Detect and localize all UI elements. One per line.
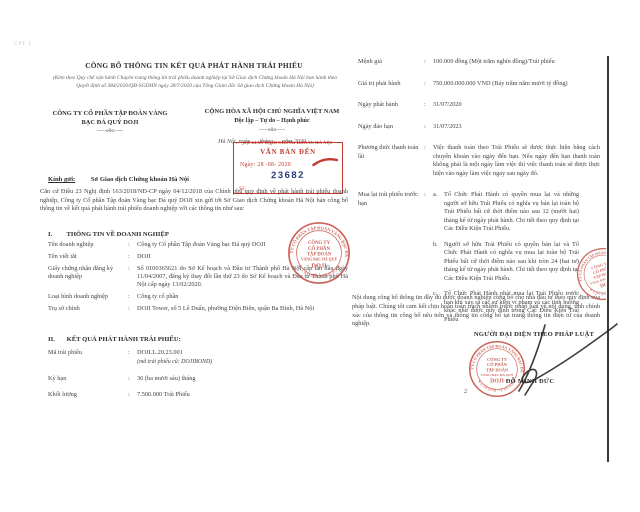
scan-corner-artifact: CPT 1 [14, 42, 32, 47]
issuer-name-line1: CÔNG TY CỔ PHẦN TẬP ĐOÀN VÀNG [32, 109, 188, 118]
colon-separator [128, 265, 137, 290]
row-label: Kỳ hạn [48, 375, 128, 383]
page-edge-scan-line [607, 56, 609, 462]
section-2-title: KẾT QUẢ PHÁT HÀNH TRÁI PHIẾU: [67, 336, 181, 343]
list-item: a. Tổ Chức Phát Hành có quyền mua lại và… [433, 191, 579, 234]
colon-separator [128, 375, 137, 383]
issuer-name-line2: BẠC ĐÁ QUÝ DOJI [32, 118, 188, 127]
row-label: Ngày đáo hạn [358, 123, 424, 132]
colon-separator [128, 305, 137, 313]
signatory-name: ĐỖ MINH ĐỨC [494, 378, 566, 385]
seal-line: CÔNG TY [308, 240, 331, 246]
colon-separator [128, 293, 137, 301]
list-item: b. Người sở hữu Trái Phiếu có quyền bán … [433, 241, 579, 284]
partial-seal-stamp: CÔNG TY CỔ PHẦN TẬP ĐOÀN VÀNG BẠC ĐÁ QUÝ… [576, 245, 606, 303]
row-label: Giấy chứng nhận đăng ký doanh nghiệp [48, 265, 128, 290]
colon-separator [424, 101, 433, 110]
national-motto: Độc lập – Tự do – Hạnh phúc [192, 117, 352, 126]
national-title: CỘNG HÒA XÃ HỘI CHỦ NGHĨA VIỆT NAM [192, 107, 352, 117]
stamp-title: VĂN BẢN ĐẾN [234, 149, 342, 156]
list-text: Tổ Chức Phát Hành có quyền mua lại và nh… [444, 191, 579, 234]
handwritten-signature [488, 322, 620, 400]
colon-separator [128, 391, 137, 399]
row-label: Loại hình doanh nghiệp [48, 293, 128, 301]
national-motto-block: CỘNG HÒA XÃ HỘI CHỦ NGHĨA VIỆT NAM Độc l… [192, 107, 352, 134]
table-row: Mã trái phiếu DOJI.L.20.23.001 (mã trái … [48, 349, 348, 367]
colon-separator [424, 123, 433, 132]
issuance-result-table: Mã trái phiếu DOJI.L.20.23.001 (mã trái … [48, 349, 348, 407]
salutation-line: Kính gửi: Sở Giao dịch Chứng khoán Hà Nộ… [48, 176, 348, 183]
table-row: Mệnh giá 100.000 đồng (Một trăm nghìn đồ… [358, 58, 600, 67]
table-row: Loại hình doanh nghiệp Công ty cổ phần [48, 293, 348, 301]
ooo-divider: -----o0o----- [192, 126, 352, 134]
document-title: CÔNG BỐ THÔNG TIN KẾT QUẢ PHÁT HÀNH TRÁI… [38, 61, 350, 70]
row-value: 100.000 đồng (Một trăm nghìn đồng)/Trái … [433, 58, 600, 67]
row-label: Khối lượng [48, 391, 128, 399]
row-label: Giá trị phát hành [358, 80, 424, 89]
stamp-checkmark-icon [312, 156, 339, 167]
table-row: Giá trị phát hành 750.000.000.000 VND (B… [358, 80, 600, 89]
table-row: Ngày đáo hạn 31/07/2023 [358, 123, 600, 132]
colon-separator [128, 349, 137, 367]
seal-line: VÀNG BẠC ĐÁ QUÝ [301, 257, 337, 262]
table-row: Khối lượng 7.500.000 Trái Phiếu [48, 391, 348, 399]
row-label: Phương thức thanh toán lãi [358, 144, 424, 178]
list-marker: b. [433, 241, 444, 284]
list-text: Người sở hữu Trái Phiếu có quyền bán lại… [444, 241, 579, 284]
salutation-recipient: Sở Giao dịch Chứng khoán Hà Nội [91, 176, 189, 183]
table-row: Phương thức thanh toán lãi Việc thanh to… [358, 144, 600, 178]
colon-separator [128, 241, 137, 249]
row-value: 36 (ba mươi sáu) tháng [137, 375, 348, 383]
section-1-number: I. [48, 231, 65, 238]
colon-separator [424, 58, 433, 67]
colon-separator [128, 253, 137, 261]
company-seal-stamp: CÔNG TY CỔ PHẦN TẬP ĐOÀN VÀNG BẠC ĐÁ QUÝ… [287, 221, 351, 287]
section-2-number: II. [48, 336, 65, 343]
seal-line: TẬP ĐOÀN [307, 252, 332, 258]
section-1-heading: I. THÔNG TIN VỀ DOANH NGHIỆP [48, 231, 169, 238]
row-value: 31/07/2020 [433, 101, 600, 110]
row-label: Mã trái phiếu [48, 349, 128, 367]
row-value: Công ty cổ phần [137, 293, 348, 301]
row-value: Việc thanh toán theo Trái Phiếu sẽ được … [433, 144, 600, 178]
intro-paragraph: Căn cứ Điều 23 Nghị định 163/2018/NĐ-CP … [40, 188, 348, 214]
row-label: Trụ sở chính [48, 305, 128, 313]
bond-code-note: (mã trái phiếu cũ: DOJIBOND) [137, 359, 348, 367]
stamp-received-date: Ngày: 28 -08- 2020 [240, 162, 291, 168]
row-value: 31/07/2023 [433, 123, 600, 132]
document-subtitle: (Kèm theo Quy chế vận hành Chuyên trang … [52, 74, 338, 90]
stamp-organization: SỞ GIAO DỊCH CHỨNG KHOÁN HÀ NỘI [228, 140, 348, 145]
section-1-title: THÔNG TIN VỀ DOANH NGHIỆP [67, 231, 169, 238]
salutation-label: Kính gửi: [48, 176, 75, 183]
colon-separator [424, 144, 433, 178]
table-row: Trụ sở chính DOJI Tower, số 5 Lê Duẩn, p… [48, 305, 348, 313]
row-value: DOJI.L.20.23.001 (mã trái phiếu cũ: DOJI… [137, 349, 348, 367]
bond-code: DOJI.L.20.23.001 [137, 349, 348, 357]
row-value: DOJI Tower, số 5 Lê Duẩn, phường Điện Bi… [137, 305, 348, 313]
seal-line: DOJI [311, 263, 327, 270]
ooo-divider: -----o0o----- [32, 128, 188, 136]
row-value: 750.000.000.000 VND (Bảy trăm năm mươi t… [433, 80, 600, 89]
row-value: 7.500.000 Trái Phiếu [137, 391, 348, 399]
section-2-heading: II. KẾT QUẢ PHÁT HÀNH TRÁI PHIẾU: [48, 336, 181, 343]
issuer-header-block: CÔNG TY CỔ PHẦN TẬP ĐOÀN VÀNG BẠC ĐÁ QUÝ… [32, 109, 188, 136]
incoming-document-stamp: SỞ GIAO DỊCH CHỨNG KHOÁN HÀ NỘI VĂN BẢN … [233, 142, 343, 194]
page-number: 2 [464, 388, 467, 395]
colon-separator [424, 80, 433, 89]
row-label: Mệnh giá [358, 58, 424, 67]
table-row: Ngày phát hành 31/07/2020 [358, 101, 600, 110]
row-label: Tên doanh nghiệp [48, 241, 128, 249]
table-row: Kỳ hạn 36 (ba mươi sáu) tháng [48, 375, 348, 383]
row-label: Ngày phát hành [358, 101, 424, 110]
seal-line: CỔ PHẦN [308, 246, 330, 252]
row-label: Tên viết tắt [48, 253, 128, 261]
list-marker: a. [433, 191, 444, 234]
